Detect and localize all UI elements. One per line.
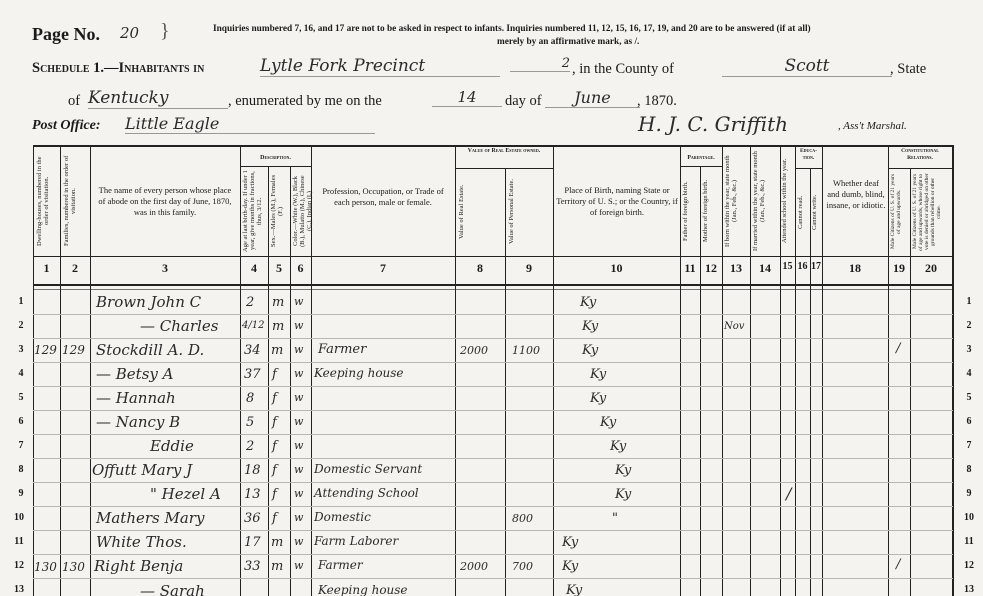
county-value: Scott [722, 56, 892, 77]
person-occupation: Domestic [314, 510, 371, 524]
locality-value: Lytle Fork Precinct [260, 56, 500, 77]
header-vote-denied: Male Citizens of U. S. of 21 years of ag… [912, 172, 950, 252]
day-value: 14 [432, 88, 502, 107]
person-age: 36 [244, 511, 261, 526]
of-label: of [68, 93, 80, 110]
header-deaf-blind: Whether deaf and dumb, blind, insane, or… [826, 178, 886, 211]
citizen-mark: / [896, 557, 900, 572]
person-name: Mathers Mary [96, 509, 204, 527]
header-dwelling: Dwelling-houses, numbered in the order o… [36, 150, 58, 252]
row-number-left: 5 [12, 392, 30, 403]
person-color: w [294, 295, 303, 308]
person-age: 18 [244, 463, 261, 478]
row-number-right: 11 [960, 536, 978, 547]
person-age: 8 [246, 391, 254, 406]
colnum-7: 7 [311, 261, 455, 276]
person-color: w [294, 463, 303, 476]
marshal-signature: H. J. C. Griffith [638, 112, 788, 136]
page-number-value: 20 [120, 24, 139, 42]
instructions-line-2: merely by an affirmative mark, as /. [497, 37, 639, 47]
person-age: 33 [244, 559, 261, 574]
person-occupation: Keeping house [318, 583, 408, 596]
enumerated-label: , enumerated by me on the [228, 93, 382, 110]
colnum-8: 8 [455, 261, 505, 276]
header-mother-foreign: Mother of foreign birth. [702, 170, 720, 252]
person-name: White Thos. [96, 533, 187, 551]
instructions-line-1: Inquiries numbered 7, 16, and 17 are not… [213, 24, 811, 34]
person-color: w [294, 343, 303, 356]
header-attended-school: Attended school within the year. [781, 150, 794, 252]
row-number-right: 6 [960, 416, 978, 427]
state-value: Kentucky [88, 88, 228, 109]
person-color: w [294, 319, 303, 332]
person-birthplace: Ky [580, 295, 596, 310]
header-male-citizens: Male Citizens of U. S. of 21 years of ag… [890, 172, 908, 252]
row-number-left: 6 [12, 416, 30, 427]
header-sex: Sex.—Males (M.), Females (F.) [270, 170, 288, 252]
post-office-value: Little Eagle [125, 114, 375, 134]
dwelling-number: 129 [34, 343, 57, 357]
colnum-14: 14 [750, 261, 780, 276]
born-month: Nov [724, 321, 744, 332]
person-name: — Hannah [96, 389, 176, 407]
row-number-right: 2 [960, 320, 978, 331]
row-number-left: 11 [10, 536, 28, 547]
person-occupation: Keeping house [314, 366, 404, 380]
person-birthplace: Ky [590, 391, 606, 406]
row-number-right: 12 [960, 560, 978, 571]
row-number-left: 3 [12, 344, 30, 355]
person-name: " Hezel A [150, 485, 221, 503]
family-number: 130 [62, 560, 85, 574]
real-estate-value: 2000 [460, 344, 488, 357]
state-label: , State [890, 61, 926, 78]
person-sex: f [272, 415, 277, 430]
person-birthplace: Ky [582, 319, 598, 334]
person-sex: f [272, 391, 277, 406]
colnum-19: 19 [888, 261, 910, 276]
header-color: Color.—White (W.), Black (B.), Mulatto (… [292, 170, 310, 252]
personal-estate-value: 700 [512, 560, 533, 573]
person-occupation: Farm Laborer [314, 534, 398, 548]
person-sex: f [272, 367, 277, 382]
person-name: Brown John C [96, 293, 201, 311]
header-father-foreign: Father of foreign birth. [682, 170, 698, 252]
row-number-right: 13 [960, 584, 978, 595]
header-group-parentage: Parentage. [680, 154, 722, 163]
header-personal-estate: Value of Personal Estate. [508, 172, 550, 252]
colnum-10: 10 [553, 261, 680, 276]
row-number-left: 10 [10, 512, 28, 523]
person-sex: m [271, 535, 283, 550]
person-name: — Nancy B [96, 413, 180, 431]
person-age: 2 [246, 439, 254, 454]
person-name: — Sarah [140, 582, 205, 596]
colnum-16: 16 [795, 261, 810, 272]
row-number-left: 8 [12, 464, 30, 475]
person-name: Stockdill A. D. [96, 341, 204, 359]
person-sex: f [272, 511, 277, 526]
row-number-left: 2 [12, 320, 30, 331]
person-color: w [294, 559, 303, 572]
month-value: June [545, 88, 640, 108]
person-sex: m [272, 319, 284, 334]
person-sex: f [272, 487, 277, 502]
person-color: w [294, 487, 303, 500]
header-real-estate: Value of Real Estate. [458, 172, 502, 252]
real-estate-value: 2000 [460, 560, 488, 573]
year-label: , 1870. [637, 93, 677, 110]
row-number-left: 7 [12, 440, 30, 451]
person-sex: m [271, 559, 283, 574]
colnum-5: 5 [268, 261, 290, 276]
colnum-11: 11 [680, 261, 700, 276]
person-birthplace: Ky [566, 583, 582, 596]
row-number-left: 9 [12, 488, 30, 499]
person-birthplace: Ky [562, 535, 578, 550]
person-age: 37 [244, 367, 261, 382]
person-occupation: Domestic Servant [314, 462, 422, 476]
header-born-month: If born within the year, state month (Ja… [724, 150, 748, 252]
person-sex: f [272, 463, 277, 478]
person-birthplace: Ky [582, 343, 598, 358]
person-name: — Charles [140, 317, 218, 335]
colnum-3: 3 [90, 261, 240, 276]
header-cannot-read: Cannot read. [797, 172, 809, 252]
post-office-label: Post Office: [32, 118, 101, 134]
colnum-15: 15 [780, 261, 795, 272]
person-name: Right Benja [94, 557, 183, 575]
header-group-education: Educa-tion. [795, 148, 822, 162]
person-color: w [294, 535, 303, 548]
person-occupation: Farmer [318, 342, 366, 357]
person-age: 5 [246, 415, 254, 430]
header-group-description: Description. [240, 154, 311, 163]
person-age: 13 [244, 487, 261, 502]
row-number-right: 1 [960, 296, 978, 307]
person-age: 4/12 [242, 320, 264, 331]
colnum-2: 2 [60, 261, 90, 276]
row-number-right: 7 [960, 440, 978, 451]
person-color: w [294, 391, 303, 404]
person-sex: m [272, 295, 284, 310]
schedule-label: Schedule 1.—Inhabitants in [32, 60, 204, 77]
colnum-4: 4 [240, 261, 268, 276]
row-number-right: 3 [960, 344, 978, 355]
header-name: The name of every person whose place of … [95, 185, 235, 218]
person-name: Offutt Mary J [92, 461, 192, 479]
row-number-right: 4 [960, 368, 978, 379]
day-of-label: day of [505, 93, 542, 110]
personal-estate-value: 800 [512, 512, 533, 525]
brace-mark: } [160, 20, 170, 43]
row-number-right: 10 [960, 512, 978, 523]
person-sex: m [271, 343, 283, 358]
person-birthplace: Ky [562, 559, 578, 574]
colnum-20: 20 [910, 261, 952, 276]
person-birthplace: Ky [610, 439, 626, 454]
header-age: Age at last birth-day. If under 1 year, … [242, 170, 266, 252]
dwelling-number: 130 [34, 560, 57, 574]
person-sex: f [272, 439, 277, 454]
header-birthplace: Place of Birth, naming State or Territor… [556, 185, 678, 218]
person-color: w [294, 511, 303, 524]
header-occupation: Profession, Occupation, or Trade of each… [318, 186, 448, 208]
colnum-18: 18 [822, 261, 888, 276]
person-name: Eddie [150, 437, 194, 455]
person-color: w [294, 439, 303, 452]
family-number: 129 [62, 343, 85, 357]
person-occupation: Farmer [318, 558, 363, 572]
colnum-13: 13 [722, 261, 750, 276]
person-birthplace: Ky [615, 463, 631, 478]
citizen-mark: / [896, 341, 900, 356]
row-number-left: 1 [12, 296, 30, 307]
person-name: — Betsy A [96, 365, 173, 383]
colnum-12: 12 [700, 261, 722, 276]
person-birthplace: Ky [590, 367, 606, 382]
colnum-9: 9 [505, 261, 553, 276]
row-number-left: 13 [10, 584, 28, 595]
row-number-left: 12 [10, 560, 28, 571]
marshal-label: , Ass't Marshal. [838, 120, 907, 132]
person-age: 2 [246, 295, 254, 310]
colnum-6: 6 [290, 261, 311, 276]
county-label: , in the County of [572, 61, 674, 78]
attended-school-mark: / [786, 484, 791, 503]
header-group-value: Value of Real Estate owned. [455, 148, 553, 155]
row-number-right: 8 [960, 464, 978, 475]
row-number-right: 9 [960, 488, 978, 499]
row-number-left: 4 [12, 368, 30, 379]
person-color: w [294, 367, 303, 380]
person-birthplace: Ky [615, 487, 631, 502]
person-birthplace: " [612, 511, 618, 526]
row-number-right: 5 [960, 392, 978, 403]
person-birthplace: Ky [600, 415, 616, 430]
person-occupation: Attending School [314, 486, 419, 500]
colnum-1: 1 [33, 261, 60, 276]
person-age: 34 [244, 343, 261, 358]
locality-suffix: 2 [510, 56, 570, 72]
page-number-label: Page No. [32, 24, 100, 45]
header-group-constitutional: Constitutional Relations. [888, 148, 952, 162]
personal-estate-value: 1100 [512, 344, 540, 357]
header-married-month: If married within the year, state month … [752, 150, 778, 252]
header-family: Families, numbered in the order of visit… [63, 150, 87, 252]
colnum-17: 17 [810, 261, 822, 272]
person-age: 17 [244, 535, 261, 550]
person-color: w [294, 415, 303, 428]
header-cannot-write: Cannot write. [811, 172, 821, 252]
